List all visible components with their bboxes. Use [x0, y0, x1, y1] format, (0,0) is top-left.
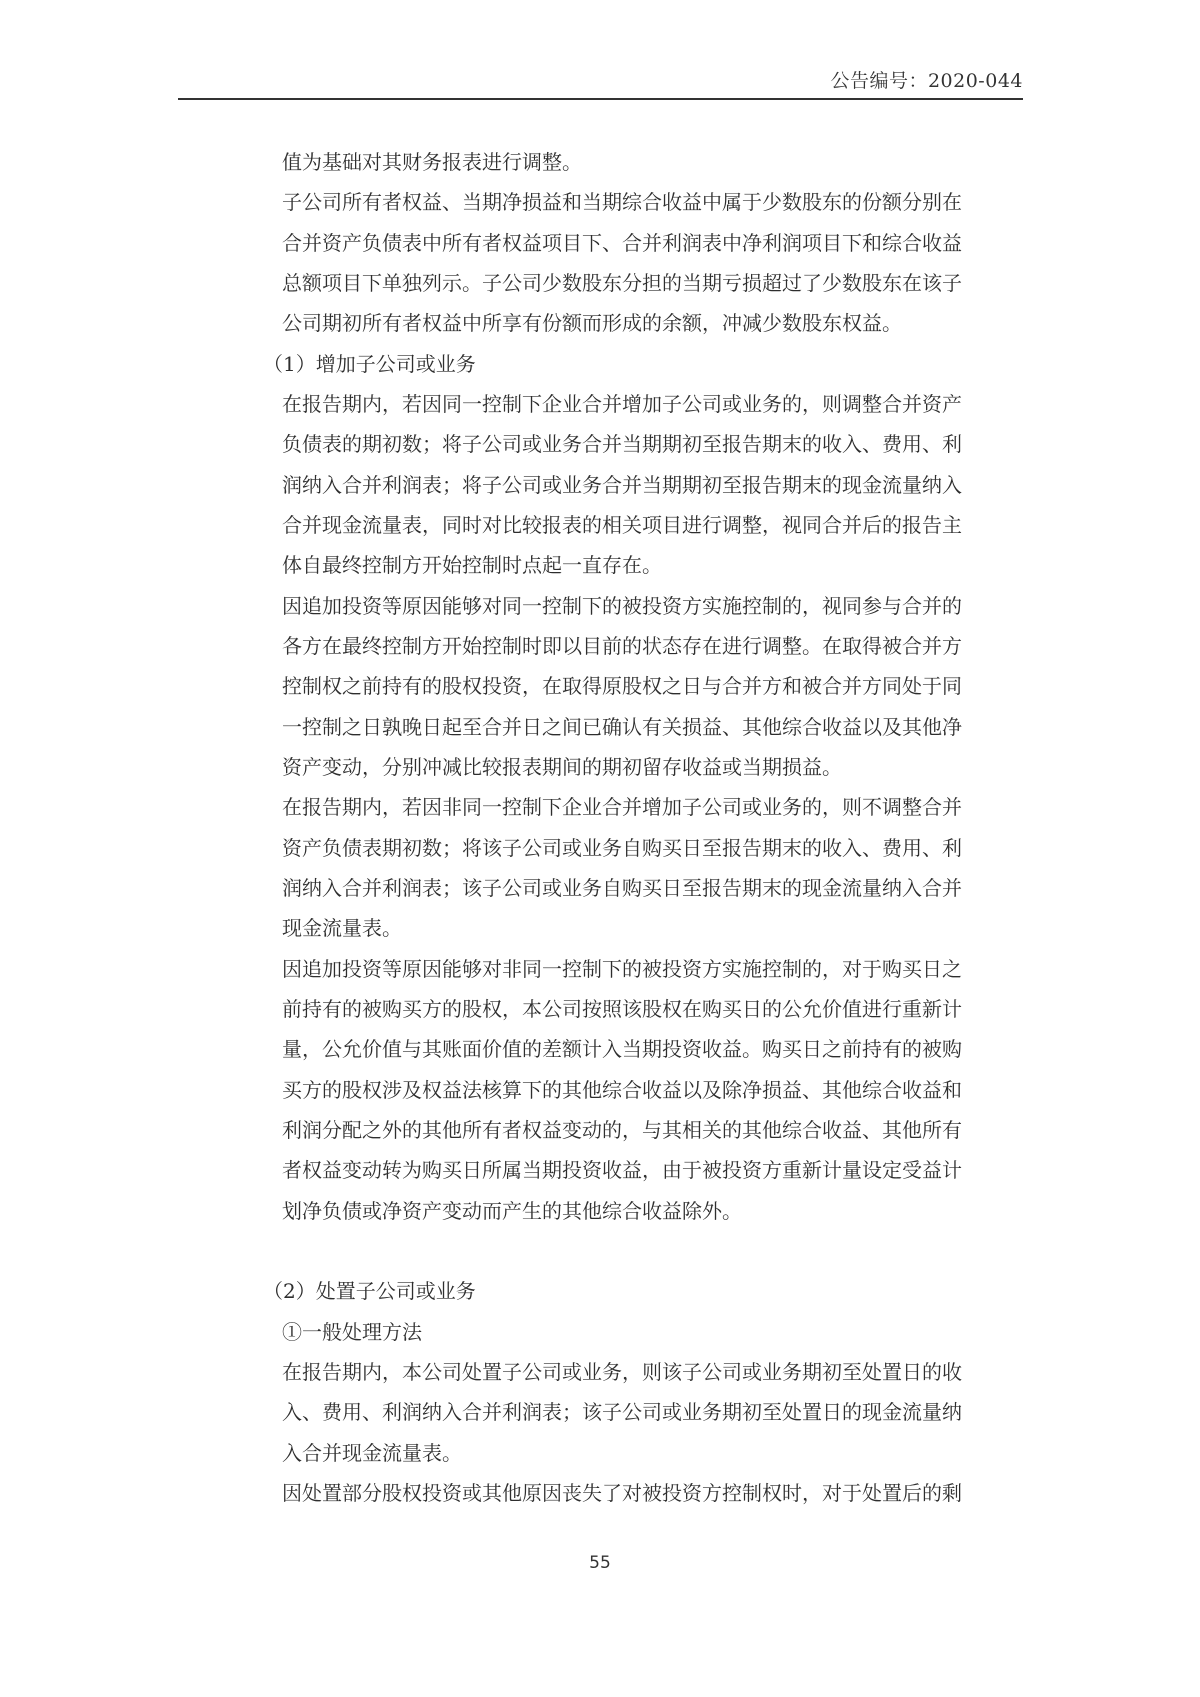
paragraph-line: 总额项目下单独列示。子公司少数股东分担的当期亏损超过了少数股东在该子: [282, 271, 962, 295]
paragraph-line: 公司期初所有者权益中所享有份额而形成的余额，冲减少数股东权益。: [282, 311, 902, 335]
paragraph-line: 者权益变动转为购买日所属当期投资收益，由于被投资方重新计量设定受益计: [282, 1158, 962, 1182]
paragraph-line: 在报告期内，若因同一控制下企业合并增加子公司或业务的，则调整合并资产: [282, 392, 962, 416]
paragraph-line: ①一般处理方法: [282, 1320, 422, 1344]
section-heading: （1）增加子公司或业务: [263, 352, 476, 376]
announcement-number: 公告编号：2020-044: [830, 66, 1023, 93]
paragraph-line: 利润分配之外的其他所有者权益变动的，与其相关的其他综合收益、其他所有: [282, 1118, 962, 1142]
paragraph-line: 子公司所有者权益、当期净损益和当期综合收益中属于少数股东的份额分别在: [282, 190, 962, 214]
paragraph-line: 合并资产负债表中所有者权益项目下、合并利润表中净利润项目下和综合收益: [282, 231, 962, 255]
section-heading: （2）处置子公司或业务: [263, 1279, 476, 1303]
paragraph-line: 前持有的被购买方的股权，本公司按照该股权在购买日的公允价值进行重新计: [282, 997, 962, 1021]
paragraph-line: 因追加投资等原因能够对非同一控制下的被投资方实施控制的，对于购买日之: [282, 957, 962, 981]
paragraph-line: 入合并现金流量表。: [282, 1441, 462, 1465]
paragraph-line: 因追加投资等原因能够对同一控制下的被投资方实施控制的，视同参与合并的: [282, 594, 962, 618]
paragraph-line: 各方在最终控制方开始控制时即以目前的状态存在进行调整。在取得被合并方: [282, 634, 962, 658]
paragraph-line: 量，公允价值与其账面价值的差额计入当期投资收益。购买日之前持有的被购: [282, 1037, 962, 1061]
page-number: 55: [0, 1553, 1200, 1573]
paragraph-line: 买方的股权涉及权益法核算下的其他综合收益以及除净损益、其他综合收益和: [282, 1078, 962, 1102]
paragraph-line: 值为基础对其财务报表进行调整。: [282, 150, 582, 174]
paragraph-line: 资产变动，分别冲减比较报表期间的期初留存收益或当期损益。: [282, 755, 842, 779]
paragraph-line: 润纳入合并利润表；该子公司或业务自购买日至报告期末的现金流量纳入合并: [282, 876, 962, 900]
paragraph-line: 划净负债或净资产变动而产生的其他综合收益除外。: [282, 1199, 742, 1223]
paragraph-line: 润纳入合并利润表；将子公司或业务合并当期期初至报告期末的现金流量纳入: [282, 473, 962, 497]
paragraph-line: 在报告期内，本公司处置子公司或业务，则该子公司或业务期初至处置日的收: [282, 1360, 962, 1384]
paragraph-line: 在报告期内，若因非同一控制下企业合并增加子公司或业务的，则不调整合并: [282, 795, 962, 819]
paragraph-line: 合并现金流量表，同时对比较报表的相关项目进行调整，视同合并后的报告主: [282, 513, 962, 537]
paragraph-line: 资产负债表期初数；将该子公司或业务自购买日至报告期末的收入、费用、利: [282, 836, 962, 860]
paragraph-line: 体自最终控制方开始控制时点起一直存在。: [282, 553, 662, 577]
paragraph-line: 控制权之前持有的股权投资，在取得原股权之日与合并方和被合并方同处于同: [282, 674, 962, 698]
paragraph-line: 负债表的期初数；将子公司或业务合并当期期初至报告期末的收入、费用、利: [282, 432, 962, 456]
paragraph-line: 一控制之日孰晚日起至合并日之间已确认有关损益、其他综合收益以及其他净: [282, 715, 962, 739]
paragraph-line: 因处置部分股权投资或其他原因丧失了对被投资方控制权时，对于处置后的剩: [282, 1481, 962, 1505]
paragraph-line: 入、费用、利润纳入合并利润表；该子公司或业务期初至处置日的现金流量纳: [282, 1400, 962, 1424]
page-header: 公告编号：2020-044: [178, 62, 1023, 100]
paragraph-line: 现金流量表。: [282, 916, 402, 940]
